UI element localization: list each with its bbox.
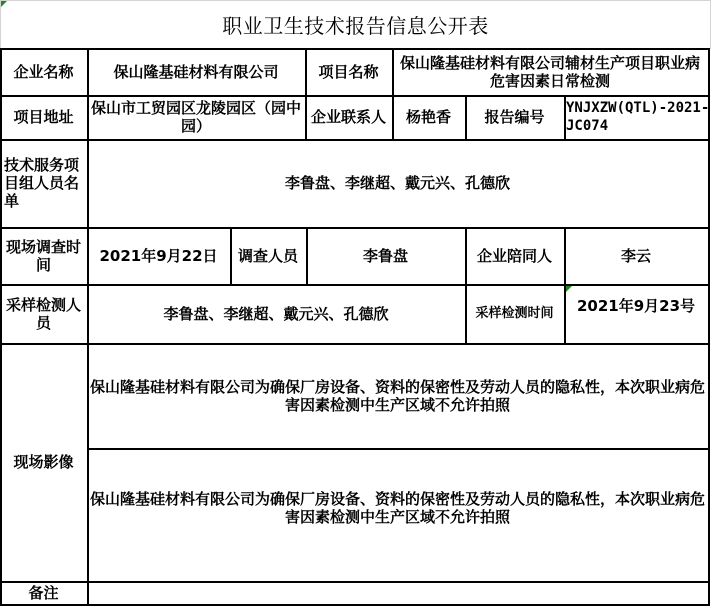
company-name-label: 企业名称 xyxy=(0,48,89,97)
site-images-label: 现场影像 xyxy=(0,343,89,583)
project-address-value[interactable]: 保山市工贸园区龙陵园区（园中园） xyxy=(87,95,307,141)
sampling-time-value[interactable]: 2021年9月23号 xyxy=(564,284,710,345)
project-team-label: 技术服务项目组人员名单 xyxy=(0,139,89,229)
sampling-staff-label: 采样检测人员 xyxy=(0,284,89,345)
remarks-label: 备注 xyxy=(0,581,89,606)
surveyor-value[interactable]: 李鲁盘 xyxy=(306,227,467,286)
project-address-label: 项目地址 xyxy=(0,95,89,141)
project-team-value[interactable]: 李鲁盘、李继超、戴元兴、孔德欣 xyxy=(87,139,710,229)
page-title: 职业卫生技术报告信息公开表 xyxy=(0,0,711,49)
escort-label: 企业陪同人 xyxy=(465,227,566,286)
project-name-value[interactable]: 保山隆基硅材料有限公司辅材生产项目职业病危害因素日常检测 xyxy=(392,48,710,97)
site-images-note-1[interactable]: 保山隆基硅材料有限公司为确保厂房设备、资料的保密性及劳动人员的隐私性，本次职业病… xyxy=(87,343,710,450)
sampling-staff-value[interactable]: 李鲁盘、李继超、戴元兴、孔德欣 xyxy=(87,284,467,345)
report-number-label: 报告编号 xyxy=(465,95,566,141)
project-name-label: 项目名称 xyxy=(305,48,394,97)
contact-value[interactable]: 杨艳香 xyxy=(392,95,467,141)
escort-value[interactable]: 李云 xyxy=(564,227,710,286)
sampling-time-label: 采样检测时间 xyxy=(465,284,566,345)
company-name-value[interactable]: 保山隆基硅材料有限公司 xyxy=(87,48,307,97)
contact-label: 企业联系人 xyxy=(305,95,394,141)
site-images-note-2[interactable]: 保山隆基硅材料有限公司为确保厂房设备、资料的保密性及劳动人员的隐私性，本次职业病… xyxy=(87,448,710,583)
survey-date-value[interactable]: 2021年9月22日 xyxy=(87,227,232,286)
report-number-value[interactable]: YNJXZW(QTL)-2021-JC074 xyxy=(564,95,710,141)
surveyor-label: 调查人员 xyxy=(230,227,308,286)
remarks-value[interactable] xyxy=(87,581,710,606)
survey-time-label: 现场调查时间 xyxy=(0,227,89,286)
cell-comment-marker-icon xyxy=(566,286,572,292)
